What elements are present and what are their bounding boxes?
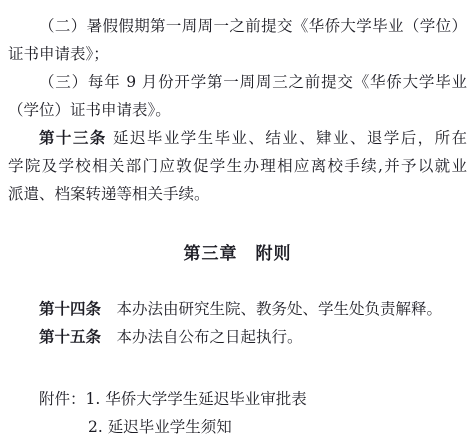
clause2-line1: （二）暑假假期第一周周一之前提交《华侨大学毕业（学位） xyxy=(8,12,467,40)
chapter3-heading: 第三章 附则 xyxy=(8,240,467,268)
attachments-line1-text: 附件：1. 华侨大学学生延迟毕业审批表 xyxy=(39,390,307,408)
article13-line1: 第十三条 延迟毕业学生毕业、结业、肄业、退学后，所在 xyxy=(8,124,467,152)
article13-line3: 派遣、档案转递等相关手续。 xyxy=(8,180,467,208)
article14-line: 第十四条 本办法由研究生院、教务处、学生处负责解释。 xyxy=(8,295,467,323)
article15-line: 第十五条 本办法自公布之日起执行。 xyxy=(8,323,467,351)
attachments-line2-text: 2. 延迟毕业学生须知 xyxy=(88,418,232,436)
article14-label: 第十四条 xyxy=(39,299,101,318)
clause2-line2: 证书申请表》； xyxy=(8,40,467,68)
article13-line3-text: 派遣、档案转递等相关手续。 xyxy=(8,185,210,203)
article13-line2: 学院及学校相关部门应敦促学生办理相应离校手续,并予以就业 xyxy=(8,152,467,180)
clause3-line2-text: （学位）证书申请表》。 xyxy=(8,101,171,119)
article13-line2-text: 学院及学校相关部门应敦促学生办理相应离校手续,并予以就业 xyxy=(8,157,467,175)
attachments-line1: 附件：1. 华侨大学学生延迟毕业审批表 xyxy=(8,385,467,413)
article14-text: 本办法由研究生院、教务处、学生处负责解释。 xyxy=(101,300,442,318)
article15-text: 本办法自公布之日起执行。 xyxy=(101,328,303,346)
article15-label: 第十五条 xyxy=(39,327,101,346)
clause2-line2-text: 证书申请表》； xyxy=(8,45,109,63)
clause3-line1: （三）每年 9 月份开学第一周周三之前提交《华侨大学毕业 xyxy=(8,68,467,96)
attachments-line2: 2. 延迟毕业学生须知 xyxy=(8,413,467,436)
clause2-line1-text: （二）暑假假期第一周周一之前提交《华侨大学毕业（学位） xyxy=(39,17,467,35)
article13-label: 第十三条 xyxy=(39,128,107,147)
document-page: （二）暑假假期第一周周一之前提交《华侨大学毕业（学位） 证书申请表》； （三）每… xyxy=(0,0,475,436)
clause3-line2: （学位）证书申请表》。 xyxy=(8,96,467,124)
clause3-line1-text: （三）每年 9 月份开学第一周周三之前提交《华侨大学毕业 xyxy=(39,73,467,91)
article13-line1-text: 延迟毕业学生毕业、结业、肄业、退学后，所在 xyxy=(107,129,467,147)
